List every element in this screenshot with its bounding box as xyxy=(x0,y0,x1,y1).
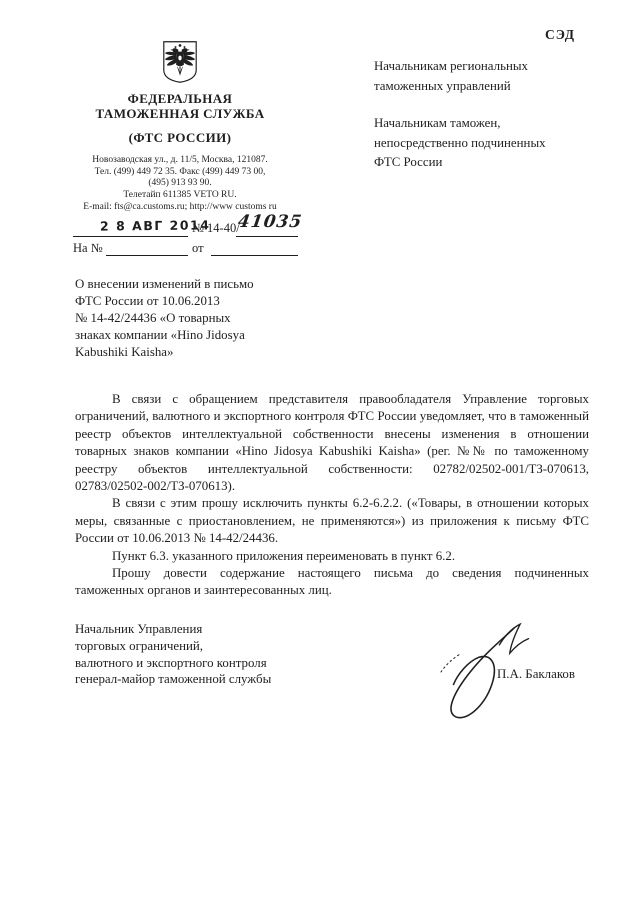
org-name-line2: ТАМОЖЕННАЯ СЛУЖБА xyxy=(66,107,294,122)
letter-subject: О внесении изменений в письмо ФТС России… xyxy=(75,276,325,361)
signer-name: П.А. Баклаков xyxy=(497,667,575,682)
date-underline xyxy=(73,236,188,237)
reply-number-underline xyxy=(106,255,188,256)
letter-body: В связи с обращением представителя право… xyxy=(75,391,589,600)
coat-of-arms-double-headed-eagle-icon xyxy=(162,40,198,84)
sed-corner-label: СЭД xyxy=(545,27,575,43)
signer-title: Начальник Управления торговых ограничени… xyxy=(75,621,345,688)
address-line: Телетайп 611385 VETO RU. xyxy=(66,190,294,202)
address-line: Новозаводская ул., д. 11/5, Москва, 1210… xyxy=(66,155,294,167)
body-paragraph: В связи с обращением представителя право… xyxy=(75,391,589,495)
org-name-line1: ФЕДЕРАЛЬНАЯ xyxy=(66,92,294,107)
body-paragraph: Прошу довести содержание настоящего пись… xyxy=(75,565,589,600)
address-line: Тел. (499) 449 72 35. Факс (499) 449 73 … xyxy=(66,167,294,179)
reply-from-date-label: от xyxy=(192,241,204,256)
outgoing-number-prefix: № 14-40/ xyxy=(192,221,240,236)
recipients-block: Начальникам региональных таможенных упра… xyxy=(374,57,609,173)
number-underline xyxy=(236,236,298,237)
org-address-block: Новозаводская ул., д. 11/5, Москва, 1210… xyxy=(66,155,294,214)
scanned-letter-page: СЭД ФЕДЕРАЛЬНАЯ ТАМОЖЕННАЯ СЛУЖБА (ФТС Р… xyxy=(0,0,640,905)
recipient-group-regional: Начальникам региональных таможенных упра… xyxy=(374,57,609,96)
outgoing-number-handwritten: 41035 xyxy=(237,212,304,232)
body-paragraph: Пункт 6.3. указанного приложения переиме… xyxy=(75,548,589,565)
reply-date-underline xyxy=(211,255,298,256)
org-abbreviation: (ФТС РОССИИ) xyxy=(66,130,294,146)
letterhead: ФЕДЕРАЛЬНАЯ ТАМОЖЕННАЯ СЛУЖБА (ФТС РОССИ… xyxy=(66,40,294,214)
body-paragraph: В связи с этим прошу исключить пункты 6.… xyxy=(75,495,589,547)
address-line: (495) 913 93 90. xyxy=(66,178,294,190)
recipient-group-customs: Начальникам таможен, непосредственно под… xyxy=(374,114,609,173)
reply-to-number-label: На № xyxy=(73,241,103,256)
